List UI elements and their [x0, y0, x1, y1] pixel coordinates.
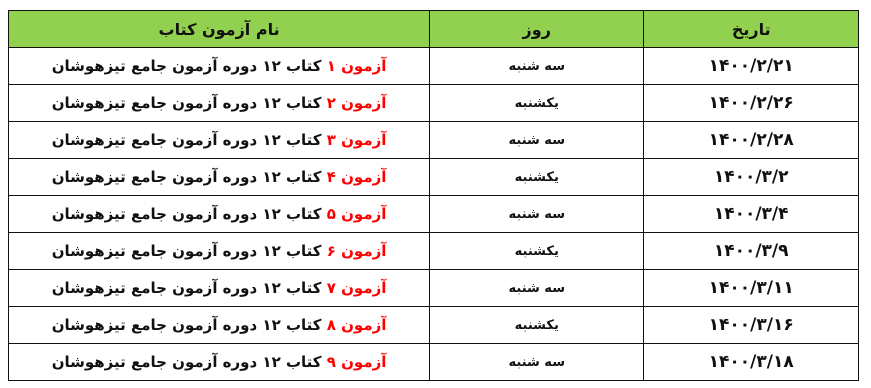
exam-number: آزمون ۶ — [327, 242, 387, 260]
header-date: تاریخ — [644, 11, 859, 48]
cell-exam-name: آزمون ۴ کتاب ۱۲ دوره آزمون جامع تیزهوشان — [9, 159, 430, 196]
header-row: تاریخ روز نام آزمون کتاب — [9, 11, 859, 48]
cell-exam-name: آزمون ۶ کتاب ۱۲ دوره آزمون جامع تیزهوشان — [9, 233, 430, 270]
cell-day: یکشنبه — [430, 233, 644, 270]
table-row: ۱۴۰۰/۲/۲۶ یکشنبه آزمون ۲ کتاب ۱۲ دوره آز… — [9, 85, 859, 122]
cell-day: سه شنبه — [430, 48, 644, 85]
cell-day: یکشنبه — [430, 159, 644, 196]
cell-exam-name: آزمون ۹ کتاب ۱۲ دوره آزمون جامع تیزهوشان — [9, 344, 430, 381]
table-row: ۱۴۰۰/۲/۲۸ سه شنبه آزمون ۳ کتاب ۱۲ دوره آ… — [9, 122, 859, 159]
exam-number: آزمون ۷ — [327, 279, 387, 297]
exam-number: آزمون ۹ — [327, 353, 387, 371]
exam-number: آزمون ۵ — [327, 205, 387, 223]
cell-exam-name: آزمون ۲ کتاب ۱۲ دوره آزمون جامع تیزهوشان — [9, 85, 430, 122]
cell-day: سه شنبه — [430, 196, 644, 233]
cell-day: یکشنبه — [430, 307, 644, 344]
exam-number: آزمون ۱ — [327, 57, 387, 75]
cell-date: ۱۴۰۰/۳/۴ — [644, 196, 859, 233]
table-row: ۱۴۰۰/۳/۴ سه شنبه آزمون ۵ کتاب ۱۲ دوره آز… — [9, 196, 859, 233]
exam-title: کتاب ۱۲ دوره آزمون جامع تیزهوشان — [52, 316, 327, 334]
exam-title: کتاب ۱۲ دوره آزمون جامع تیزهوشان — [52, 205, 327, 223]
table-row: ۱۴۰۰/۳/۹ یکشنبه آزمون ۶ کتاب ۱۲ دوره آزم… — [9, 233, 859, 270]
exam-title: کتاب ۱۲ دوره آزمون جامع تیزهوشان — [52, 131, 327, 149]
cell-day: سه شنبه — [430, 270, 644, 307]
cell-exam-name: آزمون ۳ کتاب ۱۲ دوره آزمون جامع تیزهوشان — [9, 122, 430, 159]
exam-title: کتاب ۱۲ دوره آزمون جامع تیزهوشان — [52, 168, 327, 186]
header-day: روز — [430, 11, 644, 48]
cell-date: ۱۴۰۰/۲/۲۸ — [644, 122, 859, 159]
cell-date: ۱۴۰۰/۲/۲۶ — [644, 85, 859, 122]
cell-day: سه شنبه — [430, 122, 644, 159]
cell-date: ۱۴۰۰/۲/۲۱ — [644, 48, 859, 85]
exam-title: کتاب ۱۲ دوره آزمون جامع تیزهوشان — [52, 353, 327, 371]
table-row: ۱۴۰۰/۳/۱۸ سه شنبه آزمون ۹ کتاب ۱۲ دوره آ… — [9, 344, 859, 381]
cell-date: ۱۴۰۰/۳/۱۸ — [644, 344, 859, 381]
exam-title: کتاب ۱۲ دوره آزمون جامع تیزهوشان — [52, 57, 327, 75]
table-row: ۱۴۰۰/۳/۱۶ یکشنبه آزمون ۸ کتاب ۱۲ دوره آز… — [9, 307, 859, 344]
table-row: ۱۴۰۰/۳/۲ یکشنبه آزمون ۴ کتاب ۱۲ دوره آزم… — [9, 159, 859, 196]
cell-date: ۱۴۰۰/۳/۹ — [644, 233, 859, 270]
exam-number: آزمون ۴ — [327, 168, 387, 186]
cell-exam-name: آزمون ۷ کتاب ۱۲ دوره آزمون جامع تیزهوشان — [9, 270, 430, 307]
exam-title: کتاب ۱۲ دوره آزمون جامع تیزهوشان — [52, 94, 327, 112]
header-exam-name: نام آزمون کتاب — [9, 11, 430, 48]
cell-date: ۱۴۰۰/۳/۲ — [644, 159, 859, 196]
cell-day: یکشنبه — [430, 85, 644, 122]
exam-schedule-table: تاریخ روز نام آزمون کتاب ۱۴۰۰/۲/۲۱ سه شن… — [8, 10, 859, 381]
exam-title: کتاب ۱۲ دوره آزمون جامع تیزهوشان — [52, 242, 327, 260]
cell-day: سه شنبه — [430, 344, 644, 381]
cell-exam-name: آزمون ۵ کتاب ۱۲ دوره آزمون جامع تیزهوشان — [9, 196, 430, 233]
cell-date: ۱۴۰۰/۳/۱۶ — [644, 307, 859, 344]
exam-number: آزمون ۸ — [327, 316, 387, 334]
table-row: ۱۴۰۰/۲/۲۱ سه شنبه آزمون ۱ کتاب ۱۲ دوره آ… — [9, 48, 859, 85]
cell-exam-name: آزمون ۸ کتاب ۱۲ دوره آزمون جامع تیزهوشان — [9, 307, 430, 344]
table-row: ۱۴۰۰/۳/۱۱ سه شنبه آزمون ۷ کتاب ۱۲ دوره آ… — [9, 270, 859, 307]
exam-title: کتاب ۱۲ دوره آزمون جامع تیزهوشان — [52, 279, 327, 297]
exam-number: آزمون ۲ — [327, 94, 387, 112]
exam-number: آزمون ۳ — [327, 131, 387, 149]
cell-date: ۱۴۰۰/۳/۱۱ — [644, 270, 859, 307]
cell-exam-name: آزمون ۱ کتاب ۱۲ دوره آزمون جامع تیزهوشان — [9, 48, 430, 85]
